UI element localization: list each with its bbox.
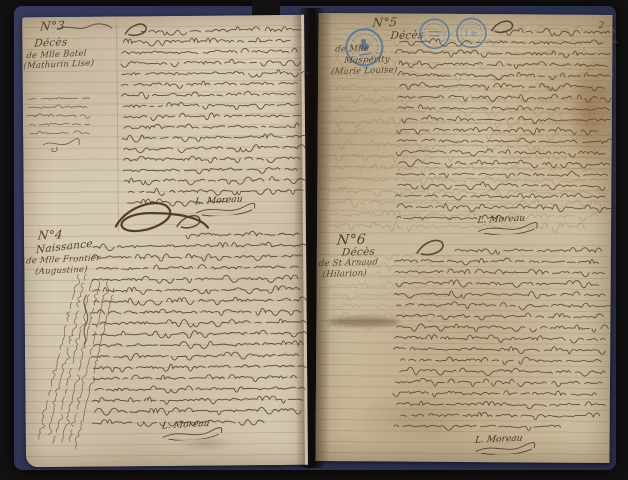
record-body-script (120, 23, 304, 214)
record-number: N°5 (372, 15, 398, 30)
margin-crease (116, 22, 119, 232)
record-margin-name2: (Mathurin Lise) (23, 58, 95, 71)
record-number: N°4 (37, 227, 63, 242)
officer-signature: L. Moreau (193, 194, 258, 218)
record-number: N°3 (40, 18, 66, 33)
record-body-script (90, 227, 306, 435)
record-margin-name2: Maspérity (344, 55, 391, 66)
right-page: N°5 Décès de Mlle Maspérity (Marie Louis… (315, 13, 612, 463)
left-page: N°3 Décès de Mlle Batel (Mathurin Lise) … (22, 15, 308, 467)
record-body-script (394, 24, 609, 231)
record-body-script (393, 243, 608, 439)
scanned-register-spread: N°3 Décès de Mlle Batel (Mathurin Lise) … (0, 0, 628, 480)
officer-signature: L. Moreau (160, 418, 225, 442)
officer-signature: L. Moreau (473, 433, 538, 456)
record-margin-title: Décès (34, 36, 68, 49)
officer-signature: L. Moreau (476, 213, 541, 236)
margin-annotation-script (27, 93, 93, 145)
record-margin-name3: (Marie Louise) (331, 65, 398, 77)
record-margin-name: de Mlle (335, 44, 370, 55)
cover-spine-notch (252, 0, 280, 15)
